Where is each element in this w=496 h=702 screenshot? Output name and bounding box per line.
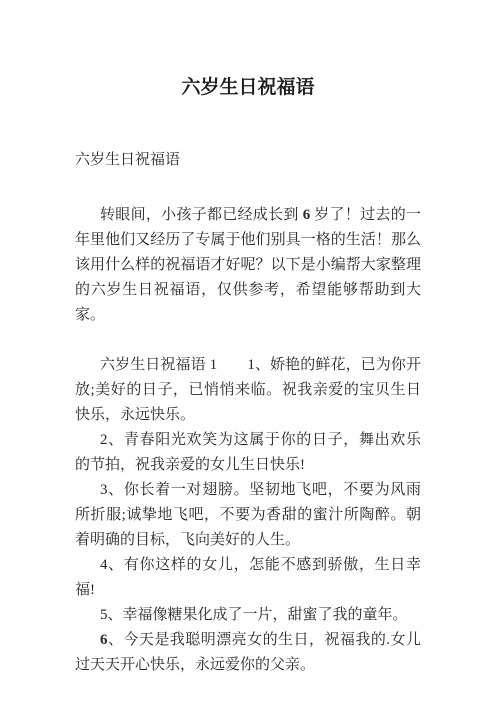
document-page: 六岁生日祝福语 六岁生日祝福语 转眼间，小孩子都已经成长到 6 岁了！过去的一年…: [0, 0, 496, 702]
text-segment: 、今天是我聪明漂亮女的生日，祝福我的.女儿过天天开心快乐，永远爱你的父亲。: [75, 632, 421, 673]
paragraph: 6、今天是我聪明漂亮女的生日，祝福我的.女儿过天天开心快乐，永远爱你的父亲。: [75, 628, 421, 678]
text-segment: 2、青春阳光欢笑为这属于你的日子，舞出欢乐的节拍，祝我亲爱的女儿生日快乐!: [75, 432, 421, 473]
bold-text: 6: [100, 632, 108, 648]
paragraph: 5、幸福像糖果化成了一片，甜蜜了我的童年。: [75, 603, 421, 628]
text-segment: 4、有你这样的女儿，怎能不感到骄傲，生日幸福!: [75, 557, 421, 598]
paragraph: 六岁生日祝福语 1 1、娇艳的鲜花，已为你开放;美好的日子，已悄悄来临。祝我亲爱…: [75, 353, 421, 428]
paragraph: 转眼间，小孩子都已经成长到 6 岁了！过去的一年里他们又经历了专属于他们别具一格…: [75, 203, 421, 328]
document-subtitle: 六岁生日祝福语: [75, 148, 421, 173]
text-segment: 3、你长着一对翅膀。坚韧地飞吧，不要为风雨所折服;诚挚地飞吧，不要为香甜的蜜汁所…: [75, 482, 421, 548]
paragraph: 3、你长着一对翅膀。坚韧地飞吧，不要为风雨所折服;诚挚地飞吧，不要为香甜的蜜汁所…: [75, 478, 421, 553]
paragraph: 2、青春阳光欢笑为这属于你的日子，舞出欢乐的节拍，祝我亲爱的女儿生日快乐!: [75, 428, 421, 478]
paragraph: 4、有你这样的女儿，怎能不感到骄傲，生日幸福!: [75, 553, 421, 603]
page-title: 六岁生日祝福语: [75, 76, 421, 100]
text-segment: 六岁生日祝福语 1 1、娇艳的鲜花，已为你开放;美好的日子，已悄悄来临。祝我亲爱…: [75, 357, 421, 423]
document-body: 转眼间，小孩子都已经成长到 6 岁了！过去的一年里他们又经历了专属于他们别具一格…: [75, 203, 421, 678]
text-segment: 5、幸福像糖果化成了一片，甜蜜了我的童年。: [100, 607, 408, 623]
text-segment: 转眼间，小孩子都已经成长到: [100, 207, 303, 223]
text-segment: 岁了！过去的一年里他们又经历了专属于他们别具一格的生活！那么该用什么样的祝福语才…: [75, 207, 421, 323]
